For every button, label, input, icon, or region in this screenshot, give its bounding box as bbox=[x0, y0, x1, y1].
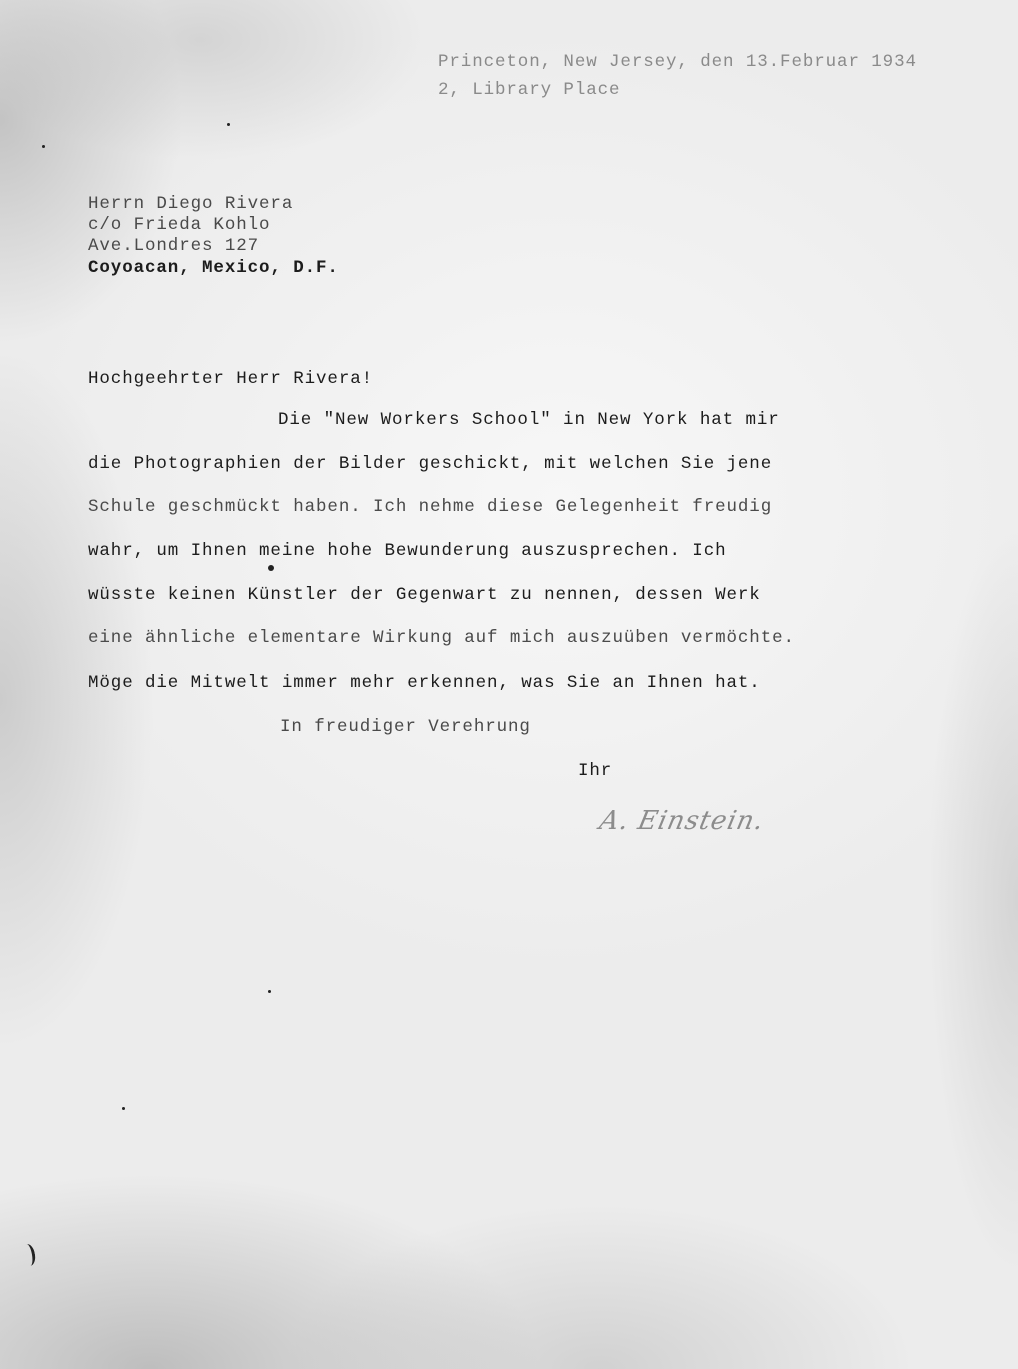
body-line: Schule geschmückt haben. Ich nehme diese… bbox=[88, 497, 772, 517]
recipient-line-3: Ave.Londres 127 bbox=[88, 236, 259, 256]
paper-speck bbox=[42, 145, 45, 148]
recipient-line-4: Coyoacan, Mexico, D.F. bbox=[88, 258, 339, 278]
paper-mark bbox=[20, 1243, 37, 1267]
body-line: Die "New Workers School" in New York hat… bbox=[278, 410, 780, 430]
paper-speck bbox=[227, 123, 230, 126]
paper-speck bbox=[122, 1107, 125, 1110]
closing-word: Ihr bbox=[578, 761, 612, 781]
body-line: wüsste keinen Künstler der Gegenwart zu … bbox=[88, 585, 761, 605]
header-place-date: Princeton, New Jersey, den 13.Februar 19… bbox=[438, 52, 917, 72]
recipient-line-2: c/o Frieda Kohlo bbox=[88, 215, 270, 235]
recipient-line-1: Herrn Diego Rivera bbox=[88, 194, 293, 214]
body-line: die Photographien der Bilder geschickt, … bbox=[88, 454, 772, 474]
salutation: Hochgeehrter Herr Rivera! bbox=[88, 369, 373, 389]
paper-speck bbox=[268, 565, 274, 571]
header-street: 2, Library Place bbox=[438, 80, 620, 100]
paper-speck bbox=[268, 990, 271, 993]
body-line: Möge die Mitwelt immer mehr erkennen, wa… bbox=[88, 673, 761, 693]
body-line: wahr, um Ihnen meine hohe Bewunderung au… bbox=[88, 541, 727, 561]
handwritten-signature: A. Einstein. bbox=[597, 806, 767, 836]
closing: In freudiger Verehrung bbox=[280, 717, 531, 737]
body-line: eine ähnliche elementare Wirkung auf mic… bbox=[88, 628, 795, 648]
